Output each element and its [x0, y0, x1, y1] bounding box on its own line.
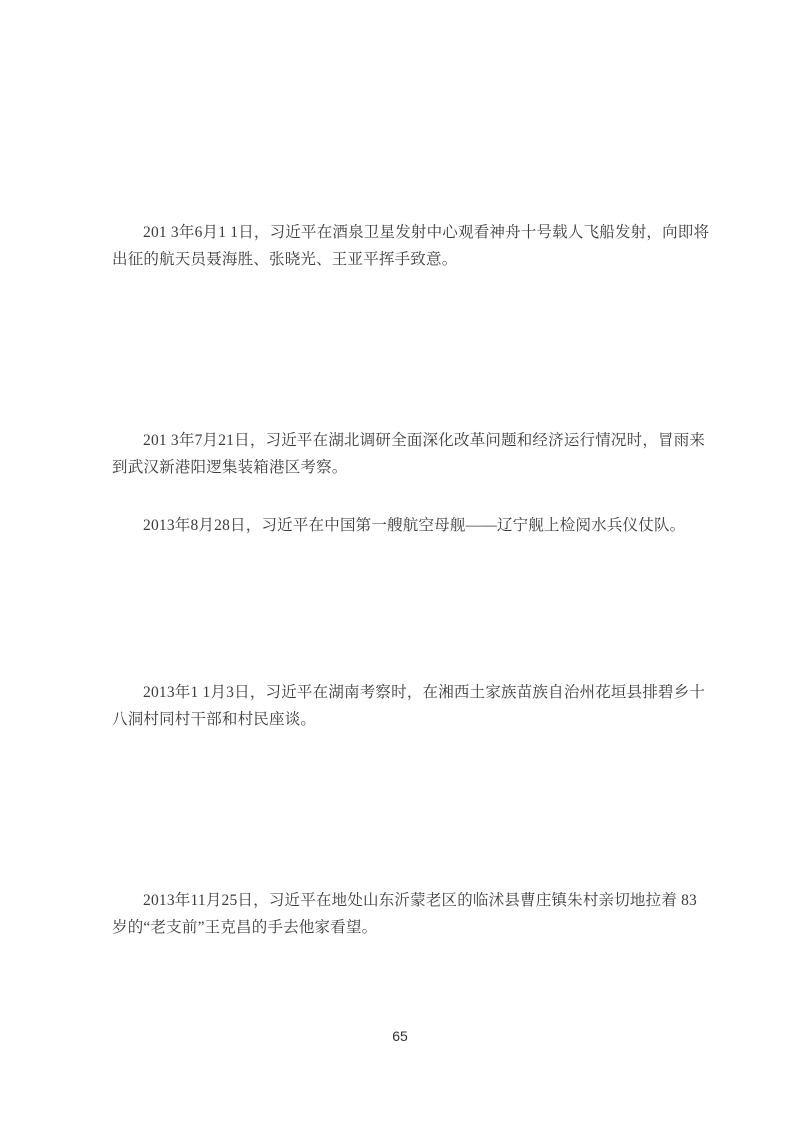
caption-paragraph-4: 2013年1 1月3日，习近平在湖南考察时，在湘西土家族苗族自治州花垣县排碧乡十…	[112, 679, 690, 733]
caption-line: 出征的航天员聂海胜、张晓光、王亚平挥手致意。	[112, 246, 690, 273]
caption-paragraph-3: 2013年8月28日，习近平在中国第一艘航空母舰——辽宁舰上检阅水兵仪仗队。	[112, 512, 690, 539]
document-page: 201 3年6月1 1日，习近平在酒泉卫星发射中心观看神舟十号载人飞船发射，向即…	[0, 0, 800, 1131]
caption-line: 2013年1 1月3日，习近平在湖南考察时，在湘西土家族苗族自治州花垣县排碧乡十	[112, 679, 690, 706]
caption-paragraph-2: 201 3年7月21日，习近平在湖北调研全面深化改革问题和经济运行情况时，冒雨来…	[112, 427, 690, 481]
page-number: 65	[0, 1026, 800, 1046]
caption-line: 2013年8月28日，习近平在中国第一艘航空母舰——辽宁舰上检阅水兵仪仗队。	[112, 512, 690, 539]
caption-line: 2013年11月25日，习近平在地处山东沂蒙老区的临沭县曹庄镇朱村亲切地拉着 8…	[112, 887, 690, 914]
caption-paragraph-5: 2013年11月25日，习近平在地处山东沂蒙老区的临沭县曹庄镇朱村亲切地拉着 8…	[112, 887, 690, 941]
caption-line: 201 3年6月1 1日，习近平在酒泉卫星发射中心观看神舟十号载人飞船发射，向即…	[112, 219, 690, 246]
caption-line: 八洞村同村干部和村民座谈。	[112, 706, 690, 733]
caption-line: 201 3年7月21日，习近平在湖北调研全面深化改革问题和经济运行情况时，冒雨来	[112, 427, 690, 454]
caption-line: 岁的“老支前”王克昌的手去他家看望。	[112, 914, 690, 941]
caption-paragraph-1: 201 3年6月1 1日，习近平在酒泉卫星发射中心观看神舟十号载人飞船发射，向即…	[112, 219, 690, 273]
caption-line: 到武汉新港阳逻集装箱港区考察。	[112, 454, 690, 481]
